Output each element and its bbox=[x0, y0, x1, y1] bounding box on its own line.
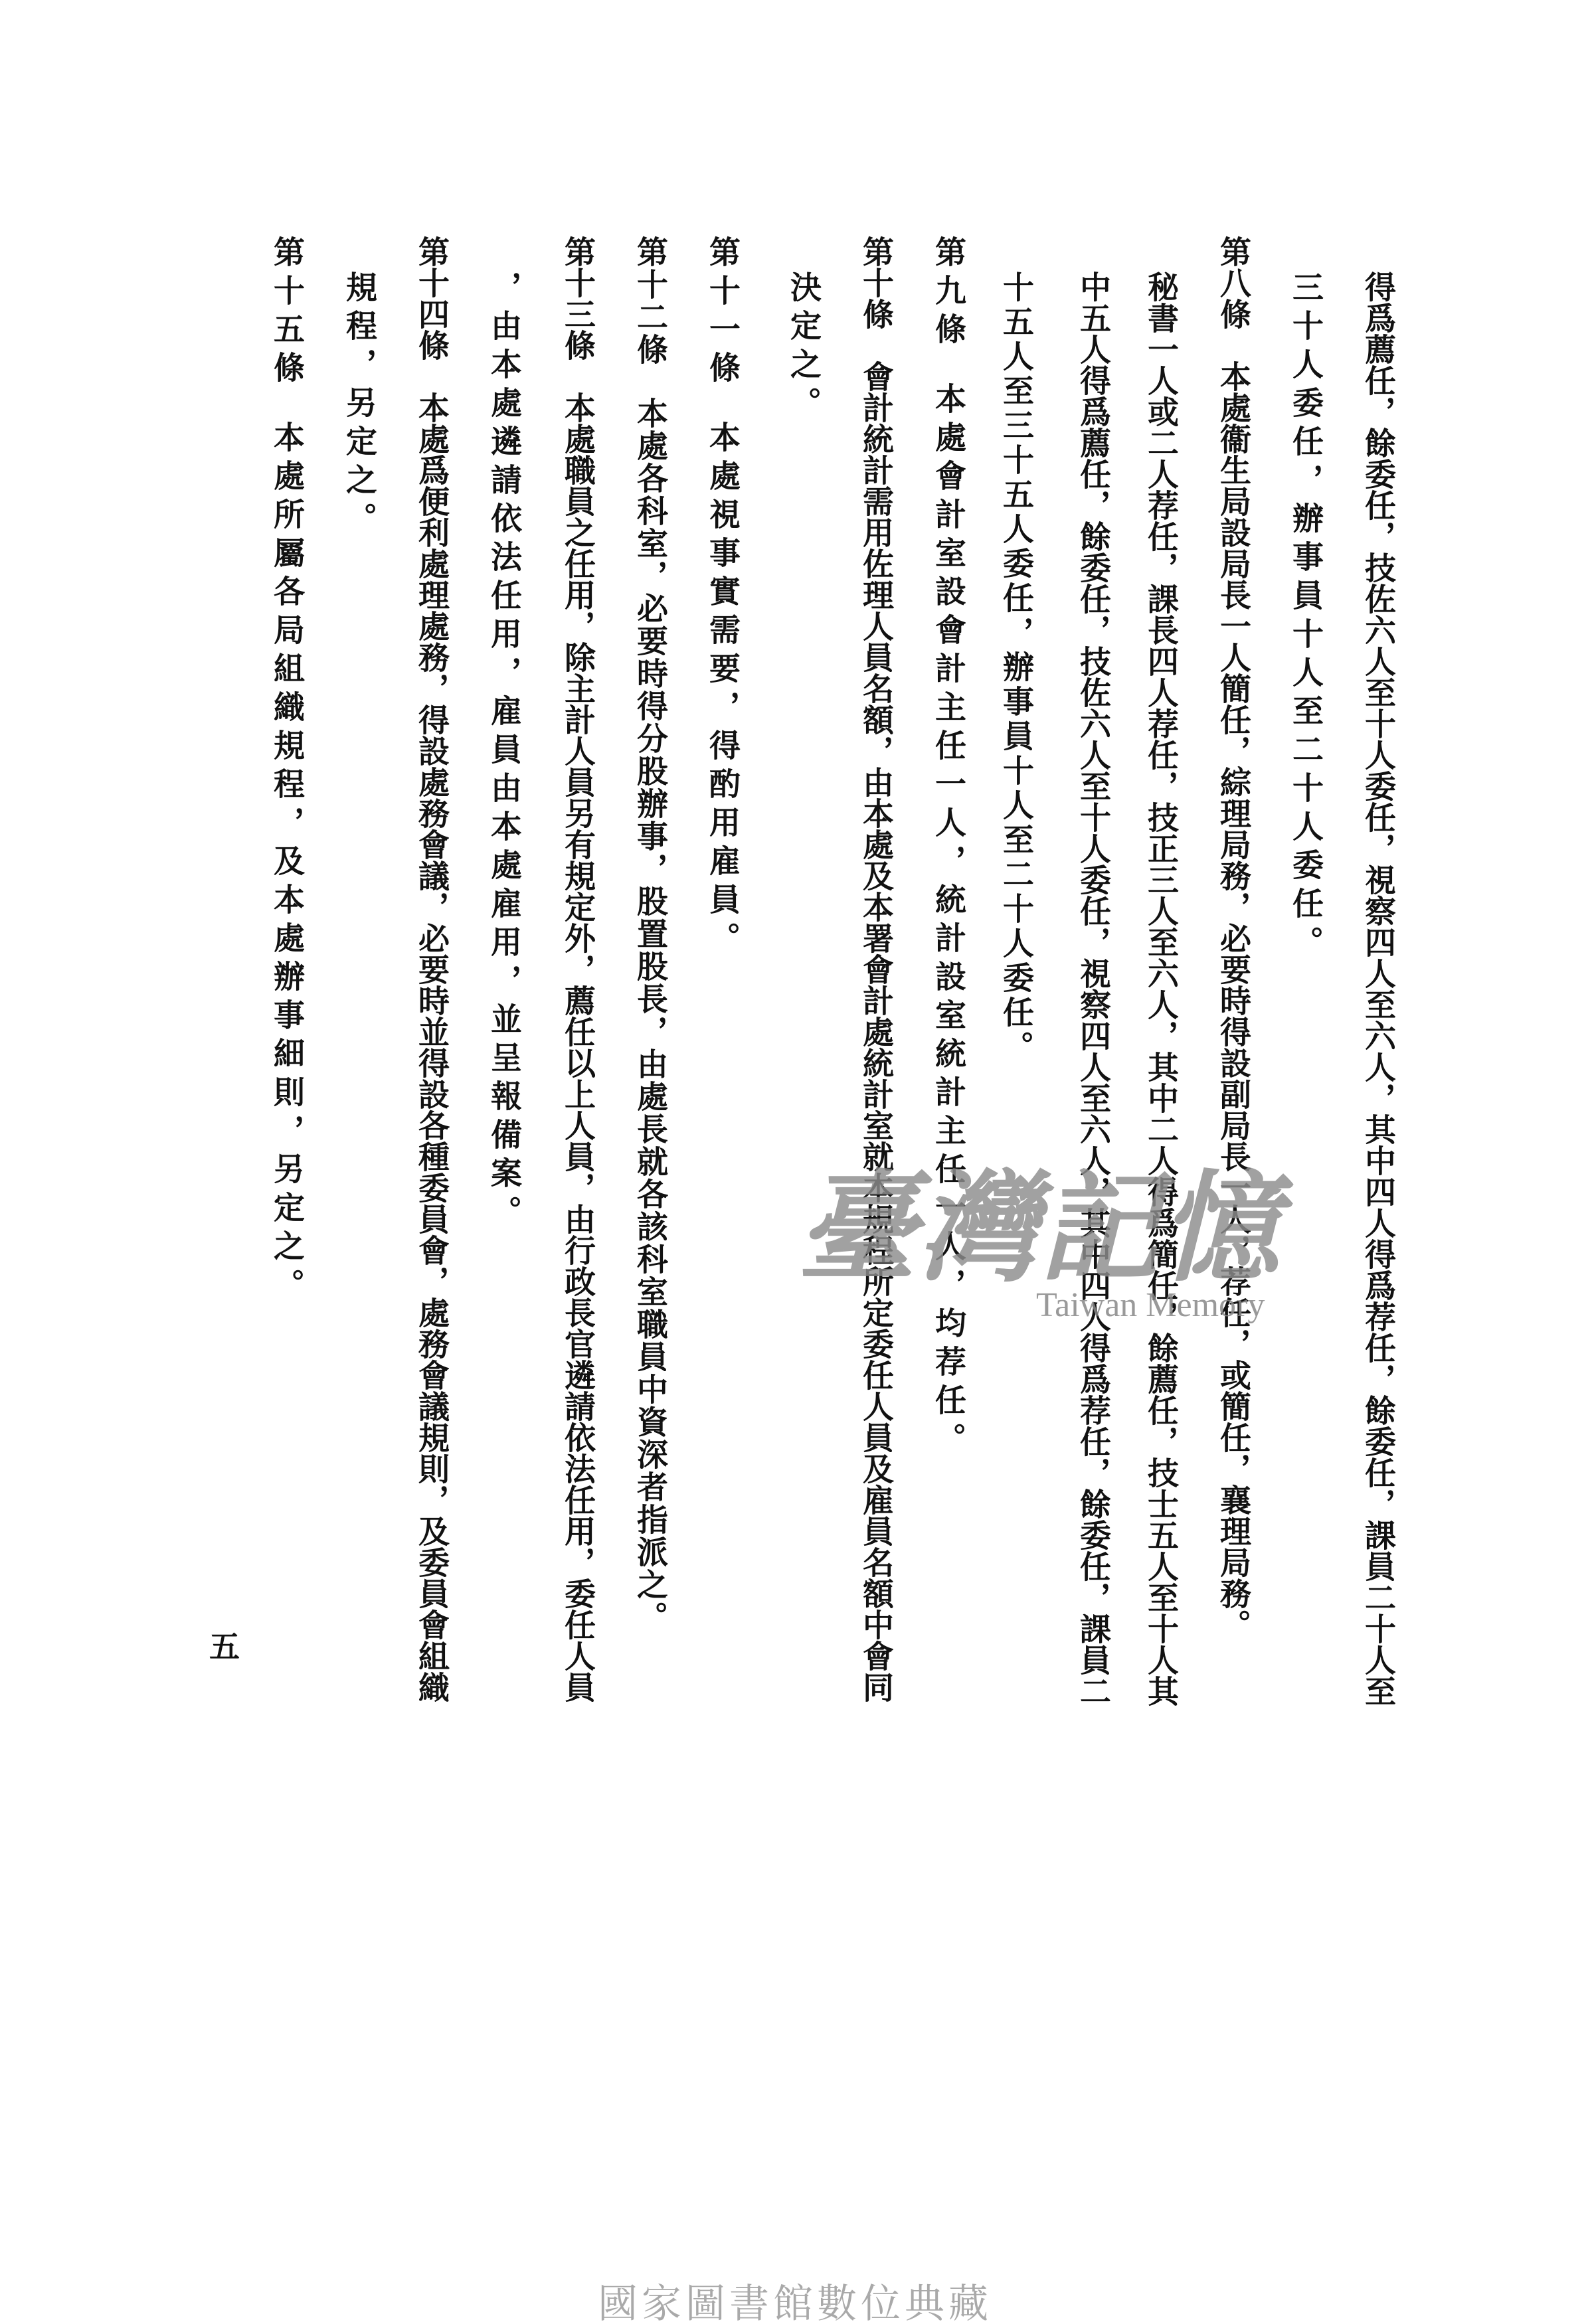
article-label: 第十四條 bbox=[413, 236, 450, 361]
text-column-16: 第十五條本處所屬各局組織規程，及本處辦事細則，另定之。 bbox=[266, 236, 306, 1307]
text-column-1: 得爲薦任，餘委任，技佐六人至十人委任，視察四人至六人，其中四人得爲荐任，餘委任，… bbox=[1358, 271, 1397, 1706]
column-text: 規程，另定之。 bbox=[341, 271, 377, 540]
text-column-5: 中五人得爲薦任，餘委任，技佐六人至十人委任，視察四人至六人，其中四人得爲荐任，餘… bbox=[1073, 271, 1112, 1706]
document-page: 得爲薦任，餘委任，技佐六人至十人委任，視察四人至六人，其中四人得爲荐任，餘委任，… bbox=[0, 0, 1594, 2324]
article-text: 會計統計需用佐理人員名額，由本處及本署會計處統計室就本規程所定委任人員及雇員名額… bbox=[857, 361, 894, 1702]
article-label: 第九條 bbox=[930, 236, 966, 351]
article-label: 第十一條 bbox=[704, 236, 741, 390]
column-text: ，由本處遴請依法任用，雇員由本處雇用，並呈報備案。 bbox=[486, 271, 522, 1234]
footer-credit: 國家圖書館數位典藏 bbox=[598, 2283, 992, 2324]
column-text: 十五人至三十五人委任，辦事員十人至二十人委任。 bbox=[998, 271, 1034, 1065]
column-text: 秘書一人或二人荐任，課長四人荐任，技正三人至六人，其中二人得爲簡任，餘薦任，技士… bbox=[1142, 271, 1179, 1706]
column-text: 中五人得爲薦任，餘委任，技佐六人至十人委任，視察四人至六人，其中四人得爲荐任，餘… bbox=[1075, 271, 1111, 1706]
text-column-4: 秘書一人或二人荐任，課長四人荐任，技正三人至六人，其中二人得爲簡任，餘薦任，技士… bbox=[1140, 271, 1180, 1706]
text-column-3: 第八條本處衞生局設局長一人簡任，綜理局務，必要時得設副局長一人，荐任，或簡任，襄… bbox=[1213, 236, 1253, 1640]
text-column-7: 第九條本處會計室設會計主任一人，統計設室統計主任一人，均荐任。 bbox=[928, 236, 968, 1461]
article-label: 第十三條 bbox=[559, 236, 596, 361]
article-text: 本處職員之任用，除主計人員另有規定外，薦任以上人員，由行政長官遴請依法任用，委任… bbox=[559, 392, 596, 1702]
article-label: 第十二條 bbox=[632, 236, 668, 366]
article-text: 本處爲便利處理處務，得設處務會議，必要時並得設各種委員會，處務會議規則，及委員會… bbox=[413, 392, 450, 1702]
page-number: 五 bbox=[209, 1630, 240, 1663]
text-column-14: 第十四條本處爲便利處理處務，得設處務會議，必要時並得設各種委員會，處務會議規則，… bbox=[411, 236, 451, 1702]
text-column-11: 第十二條本處各科室，必要時得分股辦事，股置股長，由處長就各該科室職員中資深者指派… bbox=[630, 236, 669, 1633]
text-column-15: 規程，另定之。 bbox=[339, 271, 379, 540]
text-column-2: 三十人委任，辦事員十人至二十人委任。 bbox=[1285, 271, 1325, 964]
article-text: 本處視事實需要，得酌用雇員。 bbox=[704, 421, 741, 960]
article-text: 本處衞生局設局長一人簡任，綜理局務，必要時得設副局長一人，荐任，或簡任，襄理局務… bbox=[1215, 361, 1251, 1640]
text-column-8: 第十條會計統計需用佐理人員名額，由本處及本署會計處統計室就本規程所定委任人員及雇… bbox=[855, 236, 895, 1702]
text-column-6: 十五人至三十五人委任，辦事員十人至二十人委任。 bbox=[996, 271, 1035, 1065]
article-label: 第十五條 bbox=[268, 236, 305, 390]
column-text: 決定之。 bbox=[785, 271, 822, 425]
article-label: 第十條 bbox=[857, 236, 894, 329]
article-label: 第八條 bbox=[1215, 236, 1251, 329]
column-text: 三十人委任，辦事員十人至二十人委任。 bbox=[1287, 271, 1324, 964]
article-text: 本處各科室，必要時得分股辦事，股置股長，由處長就各該科室職員中資深者指派之。 bbox=[632, 397, 668, 1633]
text-column-10: 第十一條本處視事實需要，得酌用雇員。 bbox=[702, 236, 742, 960]
article-text: 本處會計室設會計主任一人，統計設室統計主任一人，均荐任。 bbox=[930, 382, 966, 1461]
text-column-12: 第十三條本處職員之任用，除主計人員另有規定外，薦任以上人員，由行政長官遴請依法任… bbox=[557, 236, 597, 1702]
column-text: 得爲薦任，餘委任，技佐六人至十人委任，視察四人至六人，其中四人得爲荐任，餘委任，… bbox=[1360, 271, 1396, 1706]
article-text: 本處所屬各局組織規程，及本處辦事細則，另定之。 bbox=[268, 421, 305, 1307]
text-column-13: ，由本處遴請依法任用，雇員由本處雇用，並呈報備案。 bbox=[484, 271, 523, 1234]
text-column-9: 決定之。 bbox=[783, 271, 823, 425]
